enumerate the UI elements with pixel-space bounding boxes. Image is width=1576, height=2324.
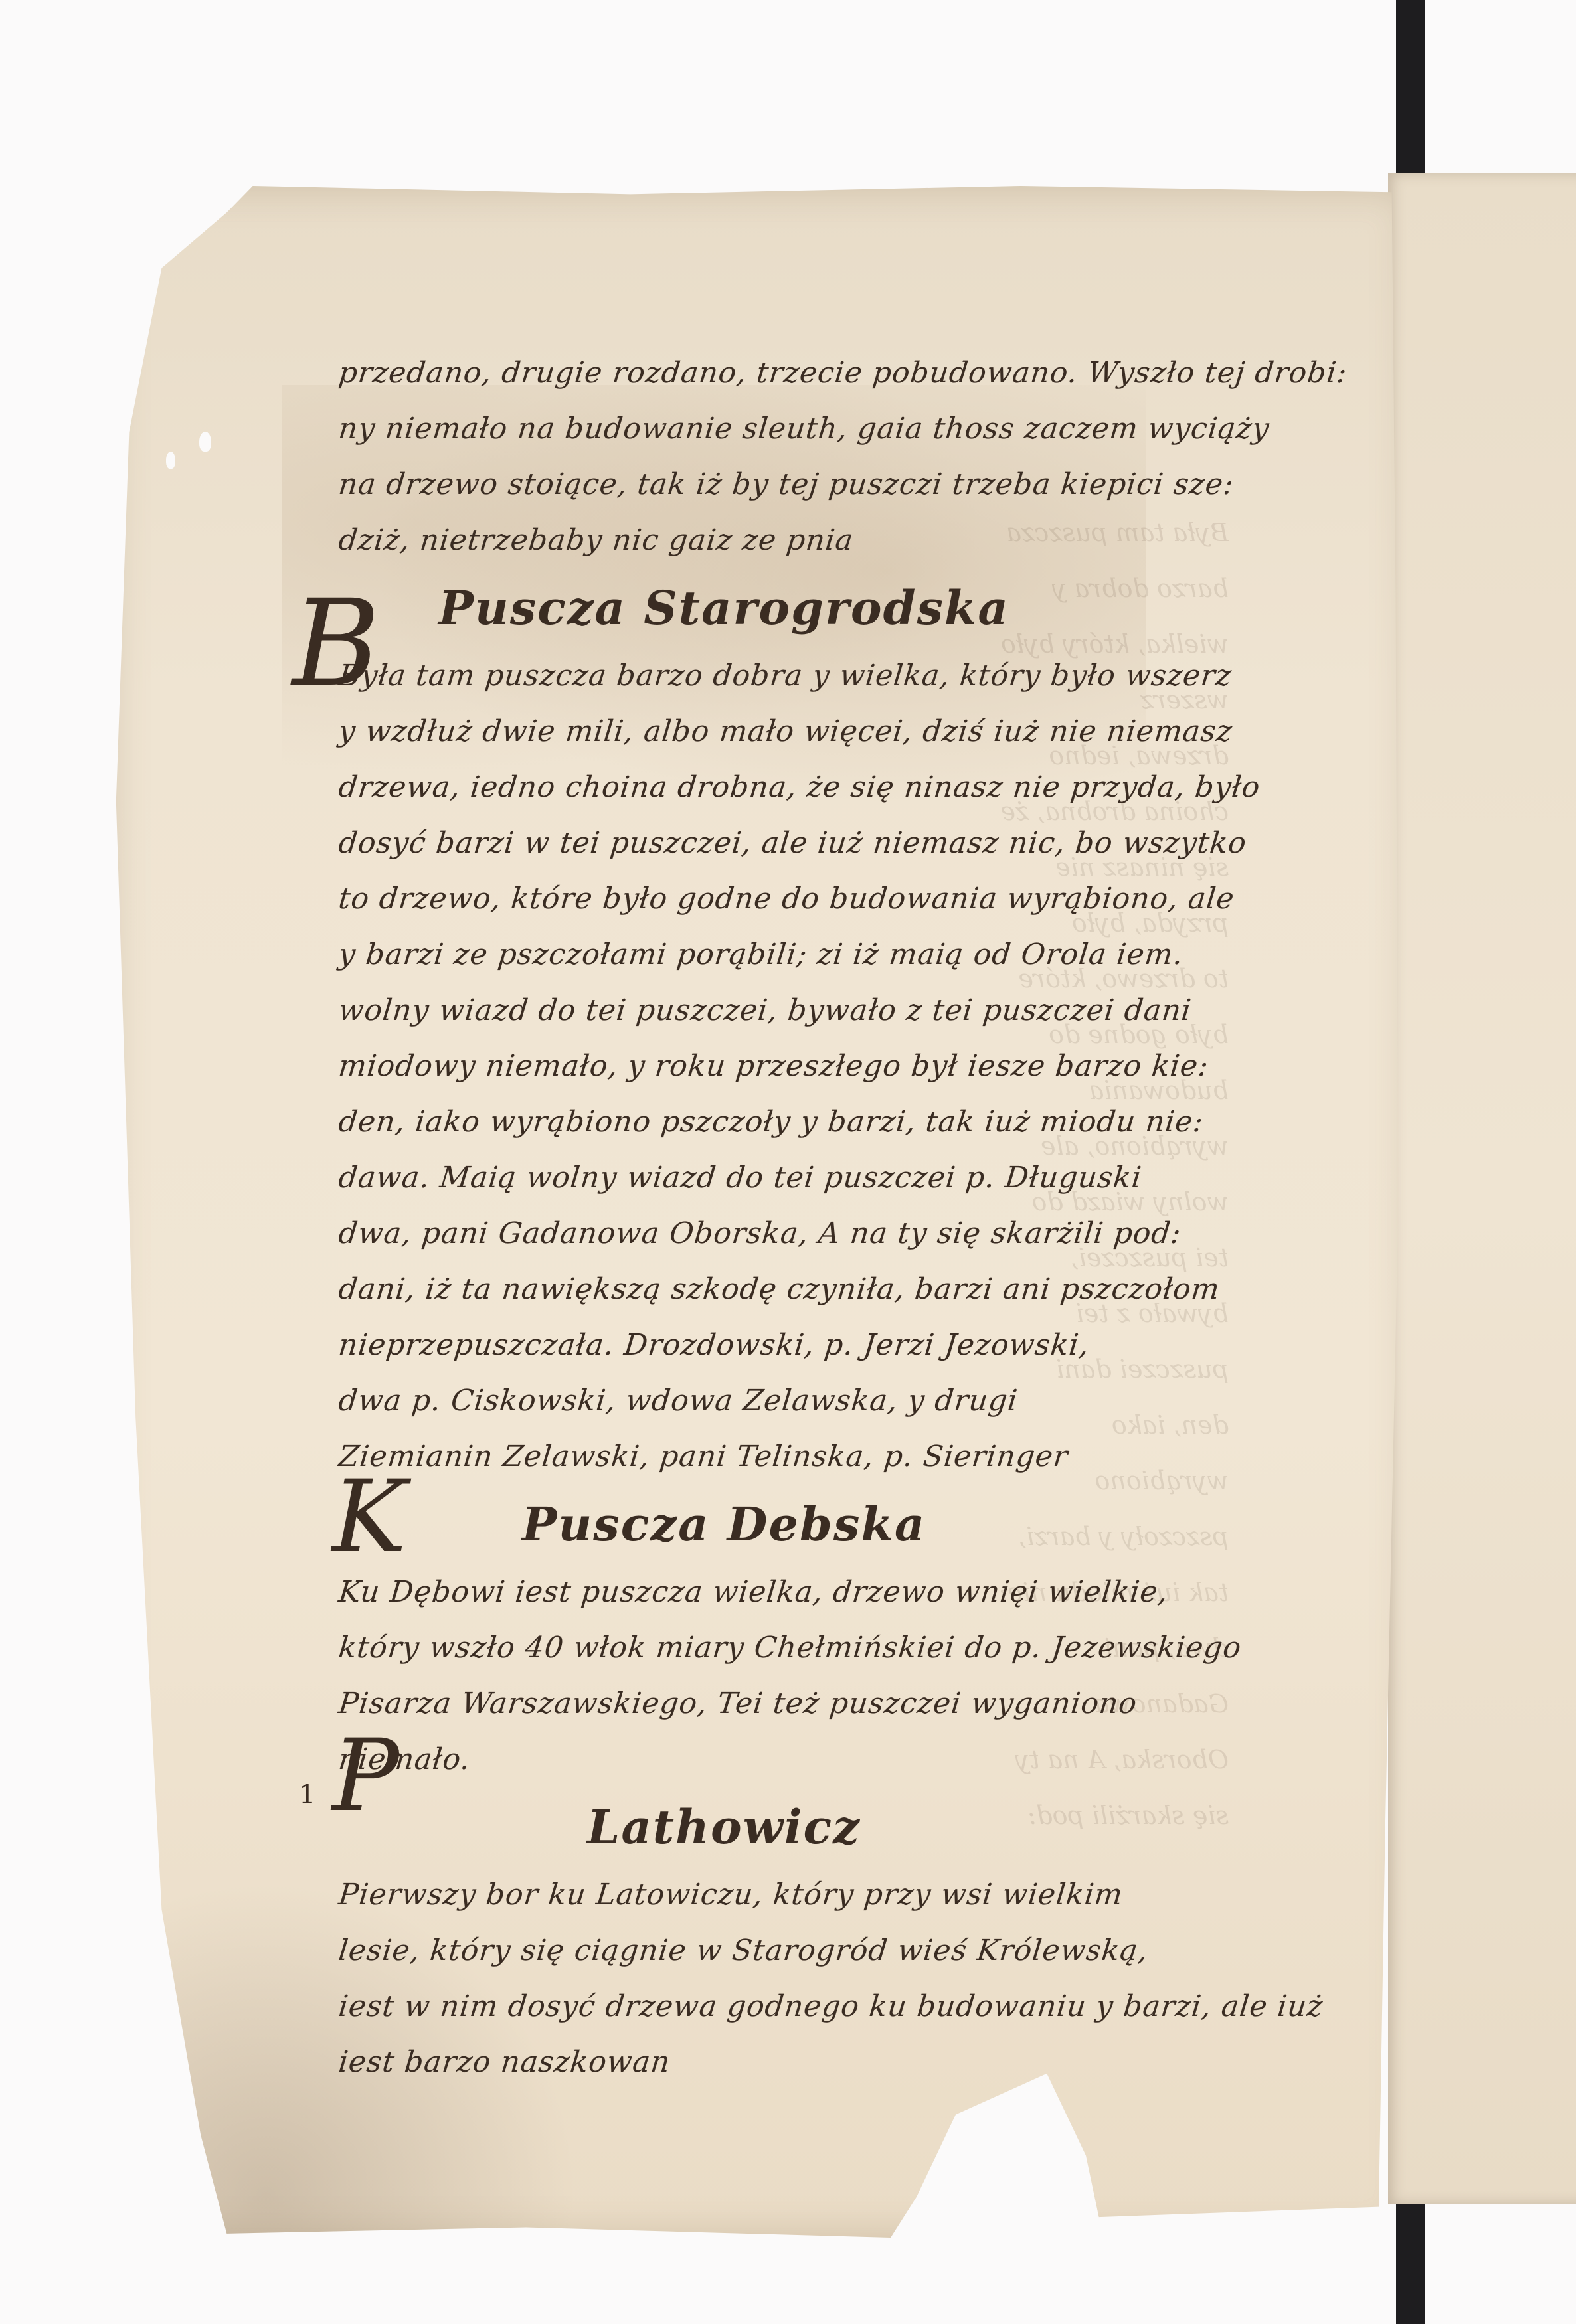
text-line: dani, iż ta nawiększą szkodę czyniła, ba… — [336, 1262, 1272, 1317]
decorative-initial: B — [292, 584, 380, 704]
text-line: iest barzo naszkowan — [336, 2034, 1272, 2090]
text-line: nieprzepuszczała. Drozdowski, p. Jerzi J… — [336, 1317, 1272, 1373]
text-line: drzewa, iedno choina drobna, że się nina… — [336, 760, 1272, 815]
text-line: dziż, nietrzebaby nic gaiz ze pnia — [336, 513, 1272, 568]
decorative-initial: P — [332, 1726, 399, 1826]
text-line: Ku Dębowi iest puszcza wielka, drzewo wn… — [336, 1564, 1272, 1620]
text-line: Ziemianin Zelawski, pani Telinska, p. Si… — [336, 1429, 1272, 1485]
manuscript-text: przedano, drugie rozdano, trzecie pobudo… — [339, 345, 1269, 2090]
text-line: dosyć barzi w tei puszczei, ale iuż niem… — [336, 815, 1272, 871]
text-line: miodowy niemało, y roku przeszłego był i… — [336, 1038, 1272, 1094]
next-page-edge — [1388, 173, 1576, 2204]
section-heading: Lathowicz — [339, 1787, 1269, 1867]
section-lathowicz: Lathowicz Pierwszy bor ku Latowiczu, któ… — [339, 1787, 1269, 2090]
section-starogrodska: Pusczа Starogrodska Była tam puszcza bar… — [339, 568, 1269, 1485]
text-line: niemało. — [336, 1732, 1272, 1787]
paper-hole — [199, 432, 211, 452]
section-heading: Puscza Debska — [339, 1485, 1269, 1564]
text-line: na drzewo stoiące, tak iż by tej puszczi… — [336, 457, 1272, 513]
text-line: iest w nim dosyć drzewa godnego ku budow… — [336, 1979, 1272, 2034]
text-line: dwa, pani Gadanowa Oborska, A na ty się … — [336, 1206, 1272, 1262]
text-line: przedano, drugie rozdano, trzecie pobudo… — [336, 345, 1272, 401]
text-line: y barzi ze pszczołami porąbili; zi iż ma… — [336, 927, 1272, 983]
text-line: Pisarza Warszawskiego, Tei też puszczei … — [336, 1676, 1272, 1732]
text-line: ny niemało na budowanie sleuth, gaia tho… — [336, 401, 1272, 457]
text-line: który wszło 40 włok miary Chełmińskiei d… — [336, 1620, 1272, 1676]
text-line: y wzdłuż dwie mili, albo mało więcei, dz… — [336, 704, 1272, 760]
section-heading: Pusczа Starogrodska — [339, 568, 1269, 648]
text-line: Pierwszy bor ku Latowiczu, który przy ws… — [336, 1867, 1272, 1923]
section-debska: Puscza Debska Ku Dębowi iest puszcza wie… — [339, 1485, 1269, 1787]
paper-hole — [166, 452, 175, 469]
text-line: den, iako wyrąbiono pszczoły y barzi, ta… — [336, 1094, 1272, 1150]
section-continuation: przedano, drugie rozdano, trzecie pobudo… — [339, 345, 1269, 568]
text-line: Była tam puszcza barzo dobra y wielka, k… — [336, 648, 1272, 704]
text-line: to drzewo, które było godne do budowania… — [336, 871, 1272, 927]
text-line: dawa. Maią wolny wiazd do tei puszczei p… — [336, 1150, 1272, 1206]
text-line: lesie, który się ciągnie w Starogród wie… — [336, 1923, 1272, 1979]
text-line: wolny wiazd do tei puszczei, bywało z te… — [336, 983, 1272, 1038]
decorative-initial: K — [332, 1467, 406, 1567]
margin-mark: 1 — [299, 1780, 315, 1810]
text-line: dwa p. Ciskowski, wdowa Zelawska, y drug… — [336, 1373, 1272, 1429]
